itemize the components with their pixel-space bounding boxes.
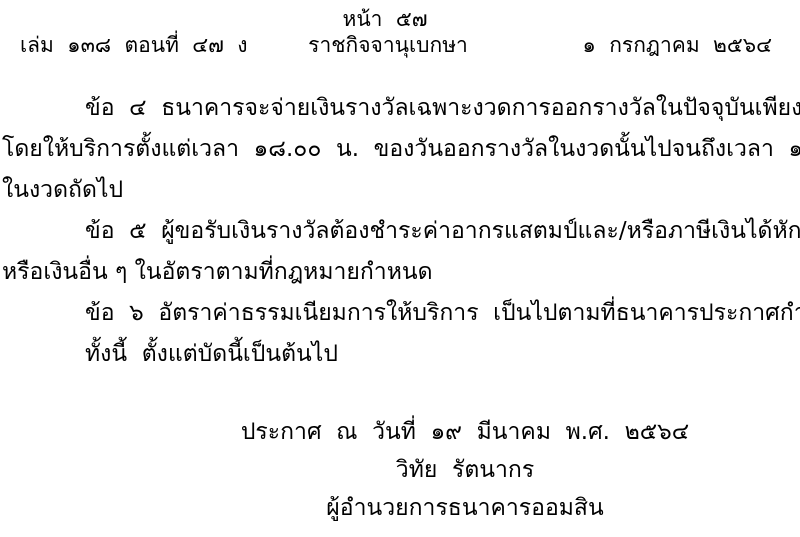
effective-date-line: ทั้งนี้ ตั้งแต่บัดนี้เป็นต้นไป bbox=[2, 334, 798, 375]
clause-4-line-1: ข้อ ๔ ธนาคารจะจ่ายเงินรางวัลเฉพาะงวดการอ… bbox=[2, 88, 798, 129]
gazette-document-page: หน้า ๕๗ เล่ม ๑๓๘ ตอนที่ ๔๗ ง ราชกิจจานุเ… bbox=[0, 0, 800, 537]
signer-title: ผู้อำนวยการธนาคารออมสิน bbox=[130, 489, 800, 527]
signer-name: วิทัย รัตนากร bbox=[130, 451, 800, 489]
clause-4-line-2: โดยให้บริการตั้งแต่เวลา ๑๘.๐๐ น. ของวันอ… bbox=[2, 129, 798, 170]
signature-block: ประกาศ ณ วันที่ ๑๙ มีนาคม พ.ศ. ๒๕๖๔ วิทั… bbox=[130, 413, 800, 527]
clause-4-line-3: ในงวดถัดไป bbox=[2, 170, 798, 211]
clause-6-line-1: ข้อ ๖ อัตราค่าธรรมเนียมการให้บริการ เป็น… bbox=[2, 293, 798, 334]
document-body: ข้อ ๔ ธนาคารจะจ่ายเงินรางวัลเฉพาะงวดการอ… bbox=[2, 88, 798, 375]
issue-date: ๑ กรกฎาคม ๒๕๖๔ bbox=[583, 29, 772, 62]
clause-5-line-1: ข้อ ๕ ผู้ขอรับเงินรางวัลต้องชำระค่าอากรแ… bbox=[2, 211, 798, 252]
announcement-date: ประกาศ ณ วันที่ ๑๙ มีนาคม พ.ศ. ๒๕๖๔ bbox=[130, 413, 800, 451]
clause-5-line-2: หรือเงินอื่น ๆ ในอัตราตามที่กฎหมายกำหนด bbox=[2, 252, 798, 293]
